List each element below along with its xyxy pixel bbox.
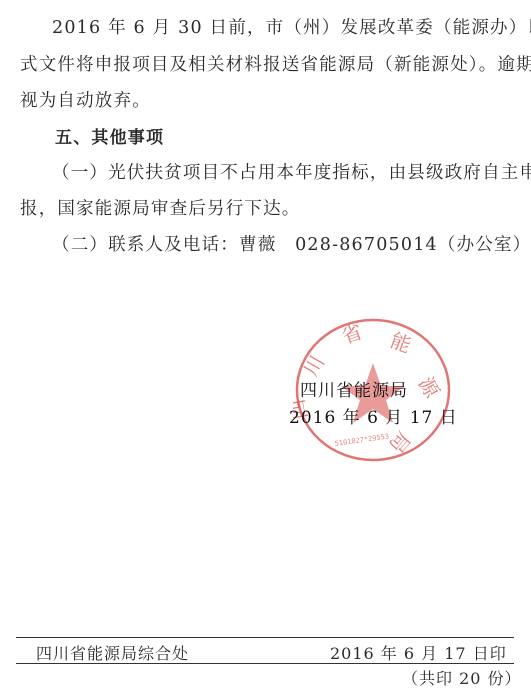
paragraph-line: 视为自动放弃。 — [20, 87, 151, 112]
footer-issuer: 四川省能源局综合处 — [36, 641, 189, 664]
footer-bottom-rule — [16, 663, 514, 664]
paragraph-line: 式文件将申报项目及相关材料报送省能源局（新能源处）。逾期 — [20, 51, 531, 76]
paragraph-line: 2016 年 6 月 30 日前，市（州）发展改革委（能源办）以正 — [52, 14, 531, 39]
section-item-line: （二）联系人及电话：曹薇 028-86705014（办公室） — [52, 231, 531, 256]
footer-print-date: 2016 年 6 月 17 日印 — [330, 641, 507, 664]
section-item-line: （一）光伏扶贫项目不占用本年度指标，由县级政府自主申 — [52, 159, 531, 184]
svg-text:能: 能 — [387, 328, 414, 357]
svg-text:源: 源 — [414, 373, 445, 403]
svg-text:局: 局 — [384, 427, 415, 458]
section-item-line: 报，国家能源局审查后另行下达。 — [20, 195, 301, 220]
svg-text:5101027*29553: 5101027*29553 — [334, 432, 389, 448]
footer-copies: （共印 20 份） — [402, 666, 522, 688]
signature-date: 2016 年 6 月 17 日 — [289, 403, 458, 428]
svg-text:省: 省 — [339, 319, 366, 348]
section-heading: 五、其他事项 — [55, 123, 164, 148]
footer-top-rule — [16, 637, 514, 638]
signature-organization: 四川省能源局 — [300, 376, 408, 401]
